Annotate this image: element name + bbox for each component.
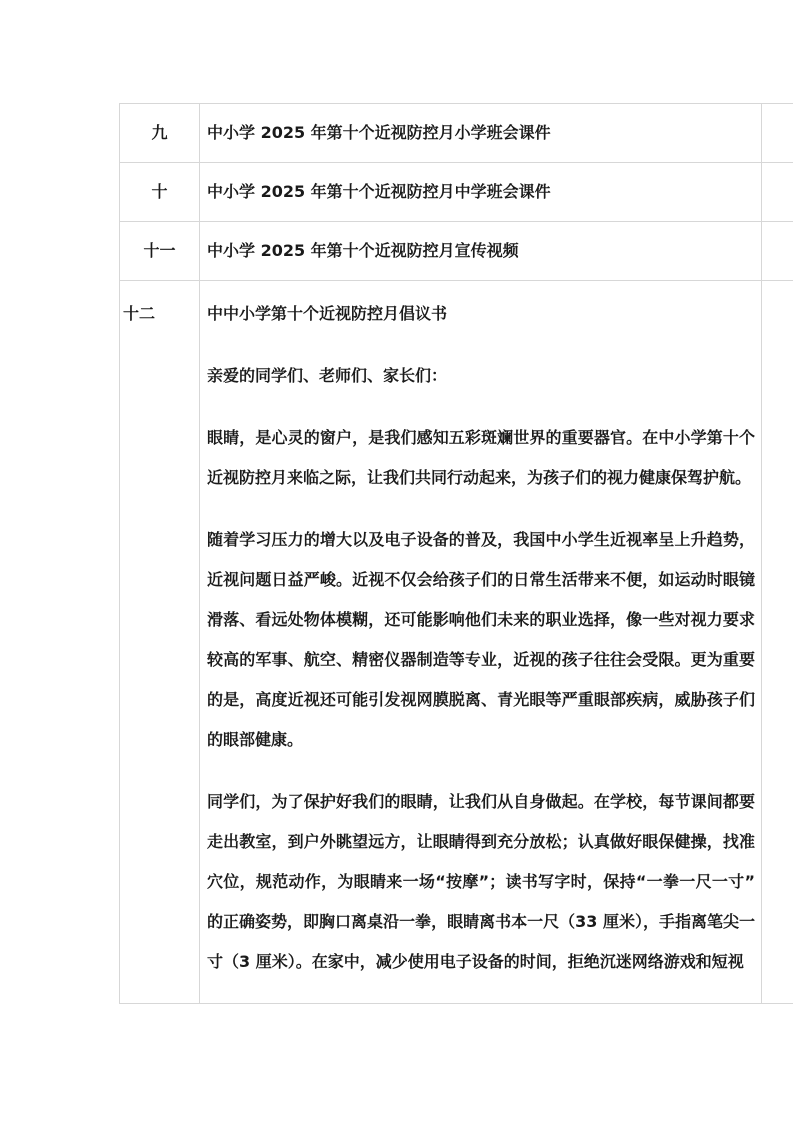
letter-greeting: 亲爱的同学们、老师们、家长们： [207, 356, 755, 396]
table-row: 十一 中小学 2025 年第十个近视防控月宣传视频 [120, 222, 793, 281]
empty-cell [762, 222, 793, 281]
letter-paragraph: 眼睛，是心灵的窗户，是我们感知五彩斑斓世界的重要器官。在中小学第十个近视防控月来… [207, 418, 755, 498]
table-row: 十二 中中小学第十个近视防控月倡议书 亲爱的同学们、老师们、家长们： 眼睛，是心… [120, 281, 793, 1004]
proposal-letter: 中中小学第十个近视防控月倡议书 亲爱的同学们、老师们、家长们： 眼睛，是心灵的窗… [207, 294, 755, 1003]
row-number-cell: 十一 [120, 222, 200, 281]
document-page: 九 中小学 2025 年第十个近视防控月小学班会课件 十 中小学 2025 年第… [0, 0, 793, 1122]
row-content-cell: 中中小学第十个近视防控月倡议书 亲爱的同学们、老师们、家长们： 眼睛，是心灵的窗… [200, 281, 762, 1004]
row-content-cell: 中小学 2025 年第十个近视防控月小学班会课件 [200, 104, 762, 163]
row-content-cell: 中小学 2025 年第十个近视防控月中学班会课件 [200, 163, 762, 222]
letter-paragraph: 同学们，为了保护好我们的眼睛，让我们从自身做起。在学校，每节课间都要走出教室，到… [207, 782, 755, 982]
row-content-cell: 中小学 2025 年第十个近视防控月宣传视频 [200, 222, 762, 281]
letter-title: 中中小学第十个近视防控月倡议书 [207, 294, 755, 334]
empty-cell [762, 281, 793, 1004]
row-number-cell: 十二 [120, 281, 200, 1004]
table-row: 九 中小学 2025 年第十个近视防控月小学班会课件 [120, 104, 793, 163]
letter-paragraph: 随着学习压力的增大以及电子设备的普及，我国中小学生近视率呈上升趋势，近视问题日益… [207, 520, 755, 760]
empty-cell [762, 104, 793, 163]
row-number-cell: 九 [120, 104, 200, 163]
table-row: 十 中小学 2025 年第十个近视防控月中学班会课件 [120, 163, 793, 222]
row-number-cell: 十 [120, 163, 200, 222]
content-table: 九 中小学 2025 年第十个近视防控月小学班会课件 十 中小学 2025 年第… [119, 103, 793, 1004]
empty-cell [762, 163, 793, 222]
